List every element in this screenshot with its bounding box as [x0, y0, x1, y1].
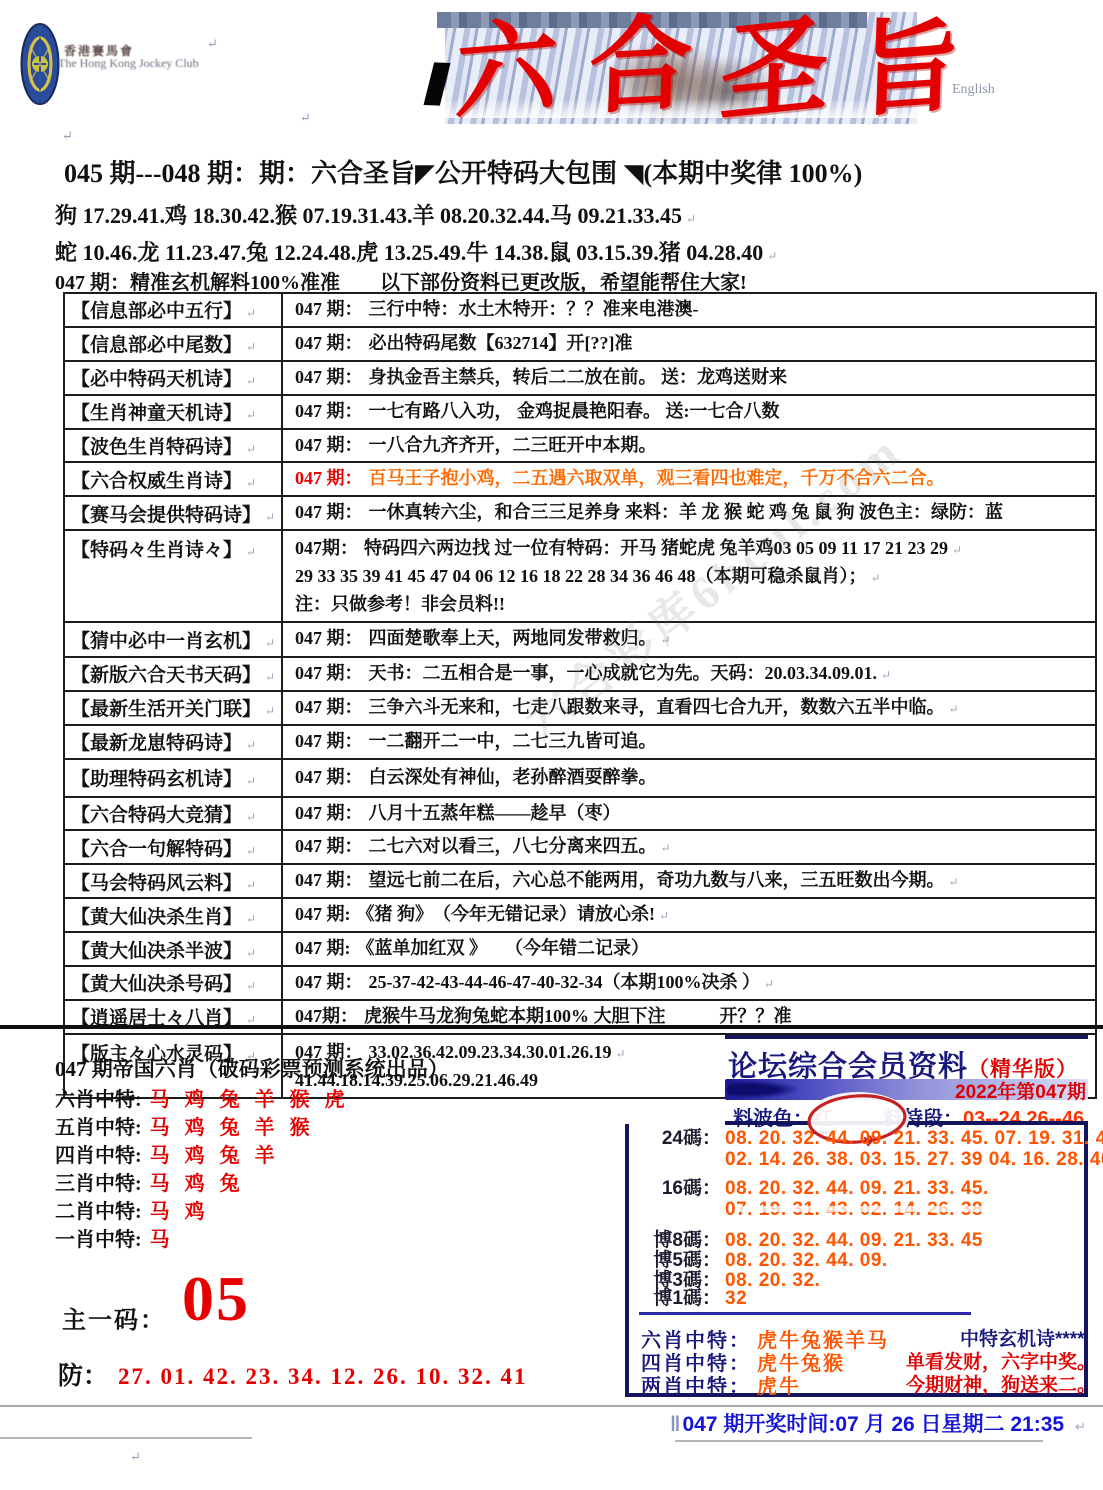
row-label: 【赛马会提供特码诗】 — [71, 500, 275, 527]
empire-row: 六肖中特:马 鸡 兔 羊 猴 虎 — [55, 1086, 350, 1114]
row-text: 一休真转六尘，和合三三足养身 来料：羊 龙 猴 蛇 鸡 兔 鼠 狗 波色主：绿防… — [369, 502, 1004, 522]
row-label: 【六合特码大竞猜】 — [71, 800, 256, 827]
row-text: 二七六对以看三，八七分离来四五。 — [369, 836, 671, 856]
row-period: 047 期： — [295, 836, 363, 856]
row-period: 047 期： — [295, 367, 363, 387]
row-text: 一八合九齐齐开，二三旺开中本期。 — [369, 435, 657, 455]
row-text: 八月十五蒸年糕——趁早（枣） — [369, 803, 621, 823]
empire-row: 一肖中特:马 — [55, 1226, 350, 1254]
code-row-label: 博5碼： — [633, 1250, 721, 1271]
guard-label: 防： — [58, 1363, 108, 1390]
pilcrow-mark — [130, 1449, 141, 1465]
empire-row-label: 五肖中特: — [55, 1117, 142, 1139]
table-row: 【六合一句解特码】 047 期：二七六对以看三，八七分离来四五。 — [65, 831, 1095, 865]
row-period: 047 期： — [295, 803, 363, 823]
zodiac-row-value: 虎牛 — [757, 1376, 801, 1398]
code-row-label: 16碼： — [633, 1178, 721, 1199]
row-label: 【六合权威生肖诗】 — [71, 466, 256, 493]
footer-divider-left — [0, 1437, 252, 1439]
table-row: 【马会特码风云料】 047 期：望远七前二在后，六心总不能两用，奇功九数与八来，… — [65, 865, 1095, 899]
draw-time-line: ‖047 期开奖时间:07 月 26 日星期二 21:35 — [670, 1408, 1086, 1438]
row-label: 【必中特码天机诗】 — [71, 364, 256, 391]
row-period: 047 期： — [295, 468, 363, 488]
hkjc-logo-icon — [20, 22, 60, 106]
row-label: 【六合一句解特码】 — [71, 834, 256, 861]
table-row: 【黄大仙决杀号码】 047 期：25-37-42-43-44-46-47-40-… — [65, 967, 1095, 1001]
row-period: 047 期： — [295, 767, 363, 787]
main-code-label: 主一码： — [62, 1300, 166, 1335]
predictions-table: 【信息部必中五行】 047 期：三行中特：水土木特开：？？准来电港澳- 【信息部… — [63, 292, 1097, 1099]
panel-box-border-left — [625, 1124, 629, 1397]
table-row: 【助理特码玄机诗】 047 期：白云深处有神仙，老孙醉酒耍醉拳。 — [65, 760, 1095, 798]
row-text: 望远七前二在后，六心总不能两用，奇功九数与八来，三五旺数出今期。 — [369, 870, 959, 890]
zodiac-numbers-line-2: 蛇 10.46.龙 11.23.47.兔 12.24.48.虎 13.25.49… — [55, 236, 777, 267]
row-label: 【黄大仙决杀号码】 — [71, 969, 256, 996]
row-period: 047 期： — [295, 502, 363, 522]
row-period: 047 期： — [295, 972, 363, 992]
empire-row: 三肖中特:马 鸡 兔 — [55, 1170, 350, 1198]
table-row: 【新版六合天书天码】 047 期：天书：二五相合是一事，一心成就它为先。天码：2… — [65, 658, 1095, 692]
issue-range-line: 045 期---048 期：期：六合圣旨◤公开特码大包围 ◥(本期中奖律 100… — [64, 153, 862, 190]
row-text: 三争六斗无来和，七走八跟数来寻，直看四七合九开，数数六五半中临。 — [369, 697, 959, 717]
empire-row: 四肖中特:马 鸡 兔 羊 — [55, 1142, 350, 1170]
empire-row-label: 二肖中特: — [55, 1201, 142, 1223]
issue-note-line: 047 期：精准玄机解料100%准准 以下部份资料已更改版，希望能帮住大家! — [55, 266, 747, 295]
row-period: 047 期： — [295, 333, 363, 353]
empire-row-value: 马 鸡 兔 羊 — [150, 1145, 280, 1167]
pilcrow-mark — [207, 36, 218, 52]
empire-row: 五肖中特:马 鸡 兔 羊 猴 — [55, 1114, 350, 1142]
table-row: 【最新龙崽特码诗】 047 期：一二翻开二一中，二七三九皆可追。 — [65, 726, 1095, 760]
code-row-label: 24碼： — [633, 1128, 721, 1149]
row-label: 【信息部必中尾数】 — [71, 330, 256, 357]
code-row-bo5: 博5碼： 08. 20. 32. 44. 09. — [633, 1250, 888, 1271]
zodiac-numbers-line-1: 狗 17.29.41.鸡 18.30.42.猴 07.19.31.43.羊 08… — [55, 199, 696, 230]
table-row: 【信息部必中五行】 047 期：三行中特：水土木特开：？？准来电港澳- — [65, 294, 1095, 328]
panel-top-border — [725, 1035, 1088, 1039]
table-row: 【黄大仙决杀生肖】 047 期:《猪 狗》 （今年无错记录）请放心杀! — [65, 899, 1095, 933]
code-row-bo8: 博8碼： 08. 20. 32. 44. 09. 21. 33. 45 — [633, 1230, 983, 1251]
row-period: 047期： — [295, 538, 358, 558]
code-row-numbers: 08. 20. 32. 44. 09. — [725, 1250, 888, 1271]
row-label: 【新版六合天书天码】 — [71, 660, 275, 687]
code-row-numbers: 32 — [725, 1288, 747, 1309]
panel-zodiac-row: 两肖中特：虎牛 — [641, 1370, 801, 1399]
row-period: 047 期： — [295, 870, 363, 890]
table-row: 【猜中必中一肖玄机】 047 期：四面楚歌奉上天，两地同发带救归。 — [65, 623, 1095, 658]
table-row: 【必中特码天机诗】 047 期：身执金吾主禁兵，转后二二放在前。 送：龙鸡送财来 — [65, 362, 1095, 396]
guard-numbers: 27. 01. 42. 23. 34. 12. 26. 10. 32. 41 — [118, 1364, 528, 1389]
row-text: 三行中特：水土木特开：？？准来电港澳- — [369, 299, 699, 319]
table-row: 【生肖神童天机诗】 047 期：一七有路八入功， 金鸡捉晨艳阳春。 送:一七合八… — [65, 396, 1095, 430]
empire-row-label: 一肖中特: — [55, 1229, 142, 1251]
empire-row-label: 四肖中特: — [55, 1145, 142, 1167]
member-info-panel: 论坛综合会员资料（精华版） 2022年第047期 料波色：红 料特段：03--2… — [625, 1032, 1091, 1400]
panel-divider-line — [639, 1312, 971, 1315]
row-text: 天书：二五相合是一事，一心成就它为先。天码：20.03.34.09.01. — [369, 663, 892, 683]
table-row: 【六合权威生肖诗】 047 期：百马王子抱小鸡，二五遇六取双单，观三看四也难定，… — [65, 463, 1095, 497]
table-row: 【最新生活开关门联】 047 期：三争六斗无来和，七走八跟数来寻，直看四七合九开… — [65, 692, 1095, 726]
lottery-sheet-page: 香港賽馬會 The Hong Kong Jockey Club 六 合 圣 旨 … — [0, 0, 1103, 1490]
footer-divider-full — [0, 1405, 1103, 1407]
row-period: 047 期： — [295, 663, 363, 683]
code-row-bo1: 博1碼： 32 — [633, 1288, 747, 1309]
empire-row-value: 马 鸡 — [150, 1201, 210, 1223]
code-row-label: 博8碼： — [633, 1230, 721, 1251]
row-label: 【黄大仙决杀半波】 — [71, 936, 256, 963]
title-char: 圣 — [718, 9, 830, 131]
row-text: 身执金吾主禁兵，转后二二放在前。 送：龙鸡送财来 — [369, 367, 788, 387]
row-text: 《蓝单加红双 》 （今年错二记录） — [357, 938, 650, 958]
title-char: 旨 — [855, 12, 961, 123]
code-row-24-line2: 02. 14. 26. 38. 03. 15. 27. 39 04. 16. 2… — [721, 1149, 1103, 1170]
row-period: 047 期： — [295, 401, 363, 421]
row-text: 虎猴牛马龙狗兔蛇本期100% 大胆下注 开？？准 — [364, 1006, 792, 1026]
row-period: 047期： — [295, 1006, 358, 1026]
row-label: 【最新生活开关门联】 — [71, 694, 275, 721]
row-label: 【最新龙崽特码诗】 — [71, 728, 256, 755]
code-row-numbers: 08. 20. 32. 44. 09. 21. 33. 45. 07. 19. … — [725, 1128, 1103, 1149]
row-text: 白云深处有神仙，老孙醉酒耍醉拳。 — [369, 767, 657, 787]
row-label: 【猜中必中一肖玄机】 — [71, 626, 275, 653]
row-period: 047 期： — [295, 299, 363, 319]
row-label: 【助理特码玄机诗】 — [71, 764, 256, 791]
poem-line-2: 今期财神，狗送来二。 — [906, 1370, 1096, 1397]
pilcrow-mark — [300, 110, 311, 126]
row-label: 【波色生肖特码诗】 — [71, 432, 256, 459]
row-text: 四面楚歌奉上天，两地同发带救归。 — [369, 628, 671, 648]
row-period: 047 期： — [295, 697, 363, 717]
row-text: 必出特码尾数【632714】开[??]准 — [369, 333, 633, 353]
empire-row-value: 马 鸡 兔 — [150, 1173, 245, 1195]
empire-row-value: 马 鸡 兔 羊 猴 — [150, 1117, 315, 1139]
row-period: 047 期： — [295, 731, 363, 751]
segment-value: 03--24 26--46 — [963, 1108, 1084, 1130]
table-row: 【六合特码大竞猜】 047 期：八月十五蒸年糕——趁早（枣） — [65, 798, 1095, 832]
table-row: 【信息部必中尾数】 047 期：必出特码尾数【632714】开[??]准 — [65, 328, 1095, 362]
table-row: 【逍遥居士々八肖】 047期：虎猴牛马龙狗兔蛇本期100% 大胆下注 开？？准 — [65, 1001, 1095, 1035]
draw-time-text: 047 期开奖时间:07 月 26 日星期二 21:35 — [682, 1413, 1064, 1436]
row-period: 047 期： — [295, 435, 363, 455]
empire-row-value: 马 — [150, 1229, 175, 1251]
row-label: 【信息部必中五行】 — [71, 296, 256, 323]
row-text: 百马王子抱小鸡，二五遇六取双单，观三看四也难定，千万不合六二合。 — [369, 468, 945, 488]
empire-rows: 六肖中特:马 鸡 兔 羊 猴 虎 五肖中特:马 鸡 兔 羊 猴 四肖中特:马 鸡… — [55, 1086, 350, 1254]
section-divider-line — [0, 1025, 1103, 1029]
empire-row-value: 马 鸡 兔 羊 猴 虎 — [150, 1089, 350, 1111]
empire-row: 二肖中特:马 鸡 — [55, 1198, 350, 1226]
hkjc-logo-en-text: The Hong Kong Jockey Club — [58, 56, 199, 71]
row-text: 特码四六两边找 过一位有特码：开马 猪蛇虎 兔羊鸡03 05 09 11 17 … — [364, 538, 962, 558]
row-label: 【特码々生肖诗々】 — [71, 535, 256, 562]
zodiac-row-label: 两肖中特： — [641, 1376, 751, 1398]
table-row: 【特码々生肖诗々】 047期：特码四六两边找 过一位有特码：开马 猪蛇虎 兔羊鸡… — [65, 531, 1095, 623]
panel-issue-text: 2022年第047期 — [955, 1077, 1086, 1104]
title-char: 合 — [587, 11, 693, 120]
draw-time-mark: ‖ — [670, 1413, 680, 1436]
row-text: 一七有路八入功， 金鸡捉晨艳阳春。 送:一七合八数 — [369, 401, 780, 421]
row-text: 《猪 狗》 （今年无错记录）请放心杀! — [357, 904, 670, 924]
row-text: 一二翻开二一中，二七三九皆可追。 — [369, 731, 657, 751]
row-period: 047 期: — [295, 904, 351, 924]
row-period: 047 期: — [295, 938, 351, 958]
row-text-line2: 29 33 35 39 41 45 47 04 06 12 16 18 22 2… — [295, 563, 1093, 591]
page-title: 六 合 圣 旨 — [455, 12, 960, 127]
empire-row-label: 六肖中特: — [55, 1089, 142, 1111]
code-row-16: 16碼： 08. 20. 32. 44. 09. 21. 33. 45. — [633, 1178, 989, 1199]
code-row-24: 24碼： 08. 20. 32. 44. 09. 21. 33. 45. 07.… — [633, 1128, 1103, 1149]
pilcrow-mark — [62, 128, 73, 144]
row-label: 【黄大仙决杀生肖】 — [71, 902, 256, 929]
title-char: 六 — [453, 13, 559, 126]
row-period: 047 期： — [295, 628, 363, 648]
row-text: 25-37-42-43-44-46-47-40-32-34（本期100%决杀 ） — [369, 972, 775, 992]
code-row-label: 博1碼： — [633, 1288, 721, 1309]
scan-streak — [735, 1206, 1025, 1212]
footer-divider-right — [675, 1440, 1043, 1442]
table-row: 【赛马会提供特码诗】 047 期：一休真转六尘，和合三三足养身 来料：羊 龙 猴… — [65, 497, 1095, 531]
empire-row-label: 三肖中特: — [55, 1173, 142, 1195]
hkjc-logo: 香港賽馬會 The Hong Kong Jockey Club — [20, 20, 220, 140]
row-label: 【马会特码风云料】 — [71, 868, 256, 895]
empire-section-title: 047 期帝国六肖（破码彩票预测系统出品） — [55, 1053, 449, 1083]
code-row-numbers: 02. 14. 26. 38. 03. 15. 27. 39 04. 16. 2… — [725, 1149, 1103, 1170]
code-row-numbers: 08. 20. 32. 44. 09. 21. 33. 45 — [725, 1230, 983, 1251]
guard-line: 防：27. 01. 42. 23. 34. 12. 26. 10. 32. 41 — [58, 1356, 528, 1392]
row-text-line3: 注：只做参考！非会员料!! — [295, 591, 1093, 619]
table-row: 【黄大仙决杀半波】 047 期:《蓝单加红双 》 （今年错二记录） — [65, 933, 1095, 967]
row-label: 【生肖神童天机诗】 — [71, 398, 256, 425]
table-row: 【波色生肖特码诗】 047 期：一八合九齐齐开，二三旺开中本期。 — [65, 430, 1095, 464]
english-link[interactable]: English — [952, 82, 995, 98]
main-code-value: 05 — [182, 1262, 250, 1336]
code-row-numbers: 08. 20. 32. 44. 09. 21. 33. 45. — [725, 1178, 989, 1199]
